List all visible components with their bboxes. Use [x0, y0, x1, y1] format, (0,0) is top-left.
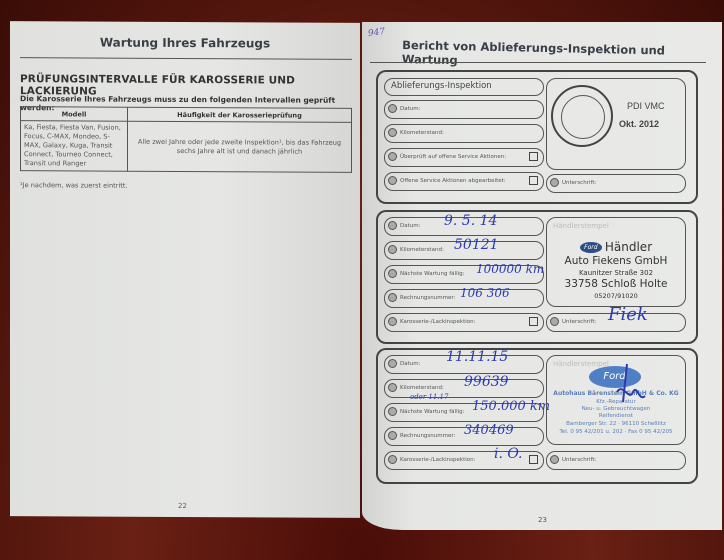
table-header-model: Modell	[21, 107, 128, 122]
field-mileage[interactable]: Kilometerstand:	[384, 124, 544, 143]
handwritten-next-service: 100000 km	[476, 262, 544, 276]
dealer-stamp-area: Händlerstempel Ford Autohaus Bärenstein …	[546, 355, 686, 445]
title-divider	[20, 57, 352, 60]
signature-field[interactable]: Unterschrift:	[546, 174, 686, 193]
radio-icon	[388, 455, 397, 464]
signature-field[interactable]: Unterschrift:	[546, 451, 686, 470]
dealer-street: Kaunitzer Straße 302	[547, 269, 685, 277]
radio-icon	[388, 359, 397, 368]
table-cell-frequency: Alle zwei Jahre oder jede zweite Inspekt…	[128, 121, 352, 172]
checkbox-checked[interactable]	[529, 455, 538, 464]
radio-icon	[550, 455, 559, 464]
handwritten-mileage: 50121	[454, 237, 499, 253]
radio-icon	[550, 178, 559, 187]
radio-icon	[388, 431, 397, 440]
handwritten-date: 9. 5. 14	[444, 213, 497, 229]
page-title: Wartung Ihres Fahrzeugs	[10, 35, 360, 51]
stamp-date: Okt. 2012	[619, 119, 659, 129]
table-header-frequency: Häufigkeit der Karosserieprüfung	[128, 107, 352, 122]
delivery-inspection-block: Ablieferungs-Inspektion Datum: Kilometer…	[376, 70, 698, 204]
radio-icon	[388, 293, 397, 302]
handwritten-next-service: 150.000 km	[472, 399, 550, 414]
radio-icon	[388, 317, 397, 326]
footnote: ¹Je nachdem, was zuerst eintritt.	[20, 181, 128, 190]
radio-icon	[388, 221, 397, 230]
radio-icon	[388, 269, 397, 278]
dealer-stamp-area: Händlerstempel FordHändler Auto Fiekens …	[546, 217, 686, 307]
right-page: 947 Bericht von Ablieferungs-Inspektion …	[362, 22, 722, 530]
handwritten-date: 11.11.15	[446, 349, 508, 365]
dealer-stamp-area: PDI VMC Okt. 2012	[546, 78, 686, 170]
round-stamp	[551, 85, 613, 147]
handwritten-invoice: 340469	[464, 423, 514, 438]
service-block-1: Datum: 9. 5. 14 Kilometerstand: 50121 Nä…	[376, 210, 698, 344]
handwritten-mileage: 99639	[464, 374, 509, 390]
radio-icon	[388, 176, 397, 185]
checkbox[interactable]	[529, 176, 538, 185]
field-service-check[interactable]: Überprüft auf offene Service Aktionen:	[384, 148, 544, 167]
signature-scribble	[609, 362, 649, 422]
radio-icon	[388, 245, 397, 254]
handwritten-body-result: i. O.	[494, 446, 523, 462]
stamp-label: Händlerstempel	[553, 222, 609, 230]
handwritten-note: oder 11.17	[410, 393, 448, 401]
checkbox[interactable]	[529, 152, 538, 161]
table-cell-models: Ka, Fiesta, Fiesta Van, Fusion, Focus, C…	[21, 121, 128, 172]
dealer-name-line: FordHändler	[547, 240, 685, 254]
dealer-phone: Tel. 0 95 42/201 u. 202 · Fax 0 95 42/20…	[547, 428, 685, 436]
page-title: Bericht von Ablieferungs-Inspektion und …	[402, 38, 723, 73]
block-header: Ablieferungs-Inspektion	[384, 78, 544, 96]
field-body-inspection[interactable]: Karosserie-/Lackinspektion:	[384, 313, 544, 332]
radio-icon	[388, 383, 397, 392]
radio-icon	[388, 128, 397, 137]
title-divider	[370, 62, 706, 63]
service-block-2: Datum: 11.11.15 Kilometerstand: 99639 od…	[376, 348, 698, 484]
page-number: 22	[178, 502, 187, 510]
field-date[interactable]: Datum:	[384, 100, 544, 119]
ford-logo-icon: Ford	[580, 242, 602, 253]
radio-icon	[388, 407, 397, 416]
dealer-company: Auto Fiekens GmbH	[547, 255, 685, 267]
page-number: 23	[538, 516, 547, 524]
stamp-pdi: PDI VMC	[627, 101, 665, 111]
table-row: Ka, Fiesta, Fiesta Van, Fusion, Focus, C…	[21, 121, 352, 173]
handwritten-invoice: 106 306	[460, 286, 510, 300]
interval-table: Modell Häufigkeit der Karosserieprüfung …	[20, 106, 352, 173]
field-service-done[interactable]: Offene Service Aktionen abgearbeitet:	[384, 172, 544, 191]
radio-icon	[388, 152, 397, 161]
handwritten-signature: Fiek	[608, 304, 648, 325]
dealer-phone: 05207/91020	[547, 292, 685, 300]
radio-icon	[388, 104, 397, 113]
left-page: Wartung Ihres Fahrzeugs PRÜFUNGSINTERVAL…	[10, 21, 360, 518]
radio-icon	[550, 317, 559, 326]
dealer-city: 33758 Schloß Holte	[547, 278, 685, 290]
checkbox[interactable]	[529, 317, 538, 326]
handwritten-note: 947	[367, 27, 385, 39]
